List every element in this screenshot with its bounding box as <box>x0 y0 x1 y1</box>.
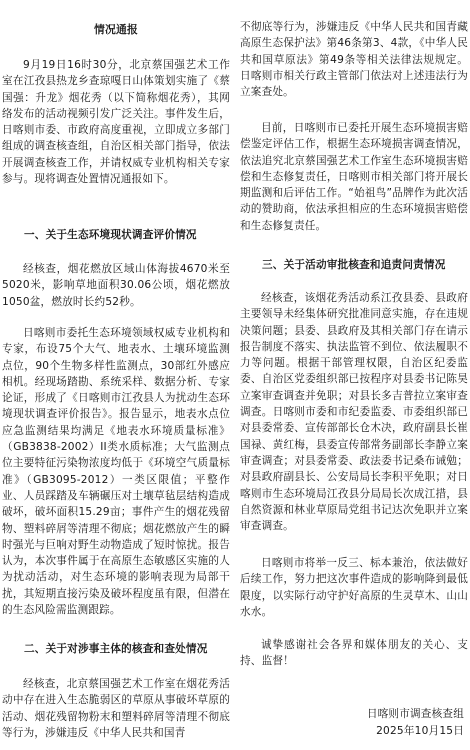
section-3-heading: 三、关于活动审批核查和追责问责情况 <box>262 257 468 273</box>
section-2-paragraph-1-continued: 不彻底等行为，涉嫌违反《中华人民共和国青藏高原生态保护法》第46条第3、4款，《… <box>240 19 468 100</box>
closing-paragraph-1: 日喀则市将举一反三、标本兼治，依法做好后续工作，努力把这次事件造成的影响降到最低… <box>240 555 468 620</box>
signature-organization: 日喀则市调查核查组 <box>367 706 464 722</box>
left-column: 情况通报 9月19日16时30分，北京蔡国强艺术工作室在江孜县热龙乡查琼嘎日山体… <box>2 0 230 750</box>
right-column: 不彻底等行为，涉嫌违反《中华人民共和国青藏高原生态保护法》第46条第3、4款，《… <box>240 0 468 750</box>
section-2-heading: 二、关于对涉事主体的核查和查处情况 <box>24 641 230 657</box>
section-2-paragraph-1-start: 经核查，北京蔡国强艺术工作室在烟花秀活动中存在进入生态脆弱区的草原从事破坏草原的… <box>2 676 230 741</box>
closing-paragraph-2: 诚挚感谢社会各界和媒体朋友的关心、支持、监督！ <box>240 637 468 670</box>
section-2-paragraph-2: 目前，日喀则市已委托开展生态环境损害赔偿鉴定评估工作，根据生态环境损害调查情况，… <box>240 120 468 234</box>
signature-date: 2025年10月15日 <box>376 723 464 739</box>
section-3-paragraph-1: 经核查，该烟花秀活动系江孜县委、县政府主要领导未经集体研究批准同意实施，存在违规… <box>240 290 468 534</box>
section-1-paragraph-1: 经核查，烟花燃放区域山体海拔4670米至5020米，影响草地面积30.06公顷，… <box>2 261 230 310</box>
intro-paragraph: 9月19日16时30分，北京蔡国强艺术工作室在江孜县热龙乡查琼嘎日山体策划实施了… <box>2 57 230 187</box>
document-title: 情况通报 <box>2 22 230 38</box>
section-1-heading: 一、关于生态环境现状调查评价情况 <box>24 227 230 243</box>
section-1-paragraph-2: 日喀则市委托生态环境领域权威专业机构和专家，布设75个大气、地表水、土壤环境监测… <box>2 325 230 618</box>
